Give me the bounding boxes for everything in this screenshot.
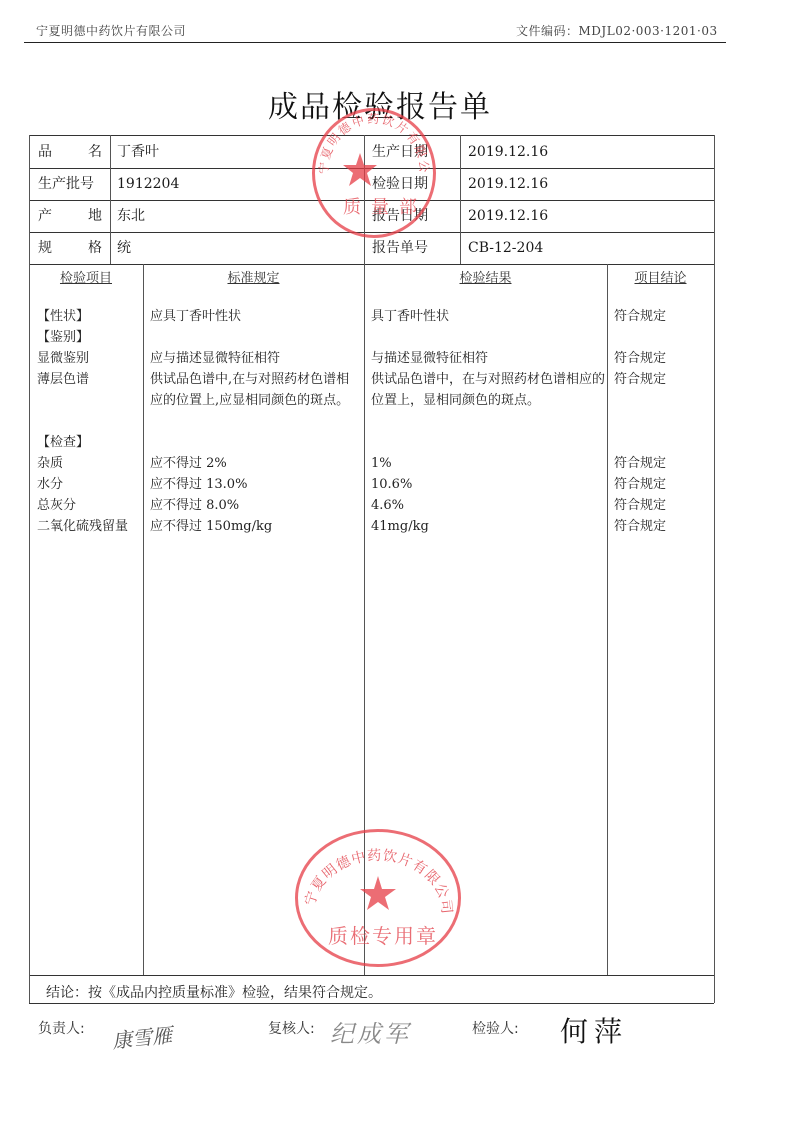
table-row-result: 41mg/kg [371, 516, 429, 537]
table-row-conclusion: 符合规定 [614, 516, 666, 537]
table-row-conclusion: 符合规定 [614, 453, 666, 474]
value-inspection-date: 2019.12.16 [468, 175, 548, 193]
value-specification: 统 [117, 239, 131, 257]
stamp-center-text: 质量部 [343, 193, 427, 219]
responsible-signature: 康雪雁 [111, 1019, 174, 1054]
table-row-item: 【鉴别】 [37, 327, 89, 348]
table-row-conclusion: 符合规定 [614, 474, 666, 495]
table-row-standard: 应不得过 150mg/kg [150, 516, 272, 537]
col-divider [143, 264, 144, 975]
responsible-label: 负责人: [38, 1018, 85, 1038]
stamp-center-text: 质检专用章 [328, 920, 438, 949]
table-row-result: 与描述显微特征相符 [371, 348, 488, 369]
table-row-item: 水分 [37, 474, 63, 495]
label-batch-number: 生产批号 [38, 175, 94, 193]
table-row-item: 薄层色谱 [37, 369, 89, 390]
star-icon [343, 153, 377, 186]
reviewer-label: 复核人: [268, 1018, 315, 1038]
col-divider [460, 135, 461, 264]
quality-department-stamp: 宁夏明德中药饮片有限公司 质量部 [312, 108, 436, 238]
table-row-item: 【性状】 [37, 306, 89, 327]
table-row-result: 具丁香叶性状 [371, 306, 449, 327]
value-origin: 东北 [117, 207, 145, 225]
label-part: 产 [38, 207, 52, 225]
value-report-number: CB-12-204 [468, 239, 543, 257]
column-header-conclusion: 项目结论 [607, 267, 714, 286]
table-row-result: 供试品色谱中，在与对照药材色谱相应的位置上，显相同颜色的斑点。 [371, 369, 605, 411]
table-row-item: 总灰分 [37, 495, 76, 516]
column-header-item: 检验项目 [29, 267, 143, 286]
value-batch-number: 1912204 [117, 175, 179, 193]
inspector-signature: 何萍 [560, 1010, 628, 1050]
table-row-standard: 应具丁香叶性状 [150, 306, 241, 327]
table-row-conclusion: 符合规定 [614, 306, 666, 327]
table-row-standard: 应不得过 13.0% [150, 474, 247, 495]
label-part: 名 [88, 143, 102, 161]
value-product-name: 丁香叶 [117, 143, 159, 161]
table-border-bottom [29, 1003, 714, 1004]
label-specification: 规 格 [38, 239, 102, 257]
column-header-result: 检验结果 [364, 267, 607, 286]
conclusion-text: 结论：按《成品内控质量标准》检验，结果符合规定。 [46, 982, 382, 1002]
table-border-right [714, 135, 715, 1003]
label-part: 品 [38, 143, 52, 161]
table-row-standard: 应不得过 2% [150, 453, 227, 474]
row-divider [29, 264, 714, 265]
table-row-standard: 供试品色谱中,在与对照药材色谱相应的位置上,应显相同颜色的斑点。 [150, 369, 361, 411]
table-row-conclusion: 符合规定 [614, 348, 666, 369]
document-number: 文件编码：MDJL02·003·1201·03 [516, 22, 718, 39]
header-rule [24, 42, 726, 43]
table-row-item: 杂质 [37, 453, 63, 474]
table-row-conclusion: 符合规定 [614, 369, 666, 390]
inspector-label: 检验人: [472, 1018, 519, 1038]
label-report-number: 报告单号 [372, 239, 428, 257]
star-icon [360, 876, 396, 910]
label-part: 地 [88, 207, 102, 225]
table-row-standard: 应不得过 8.0% [150, 495, 239, 516]
table-row-result: 4.6% [371, 495, 404, 516]
quality-inspection-seal: 宁夏明德中药饮片有限公司 质检专用章 [295, 829, 461, 967]
label-product-name: 品 名 [38, 143, 102, 161]
table-row-standard: 应与描述显微特征相符 [150, 348, 280, 369]
table-row-result: 1% [371, 453, 392, 474]
col-divider [110, 135, 111, 264]
row-divider [29, 975, 714, 976]
table-border-left [29, 135, 30, 1003]
table-row-conclusion: 符合规定 [614, 495, 666, 516]
table-row-result: 10.6% [371, 474, 412, 495]
label-origin: 产 地 [38, 207, 102, 225]
value-production-date: 2019.12.16 [468, 143, 548, 161]
value-report-date: 2019.12.16 [468, 207, 548, 225]
label-part: 格 [88, 239, 102, 257]
label-part: 规 [38, 239, 52, 257]
column-header-standard: 标准规定 [143, 267, 364, 286]
reviewer-signature: 纪成军 [330, 1014, 411, 1049]
table-row-item: 【检查】 [37, 432, 89, 453]
table-row-item: 显微鉴别 [37, 348, 89, 369]
table-row-item: 二氧化硫残留量 [37, 516, 128, 537]
col-divider [607, 264, 608, 975]
company-name-header: 宁夏明德中药饮片有限公司 [36, 22, 186, 39]
